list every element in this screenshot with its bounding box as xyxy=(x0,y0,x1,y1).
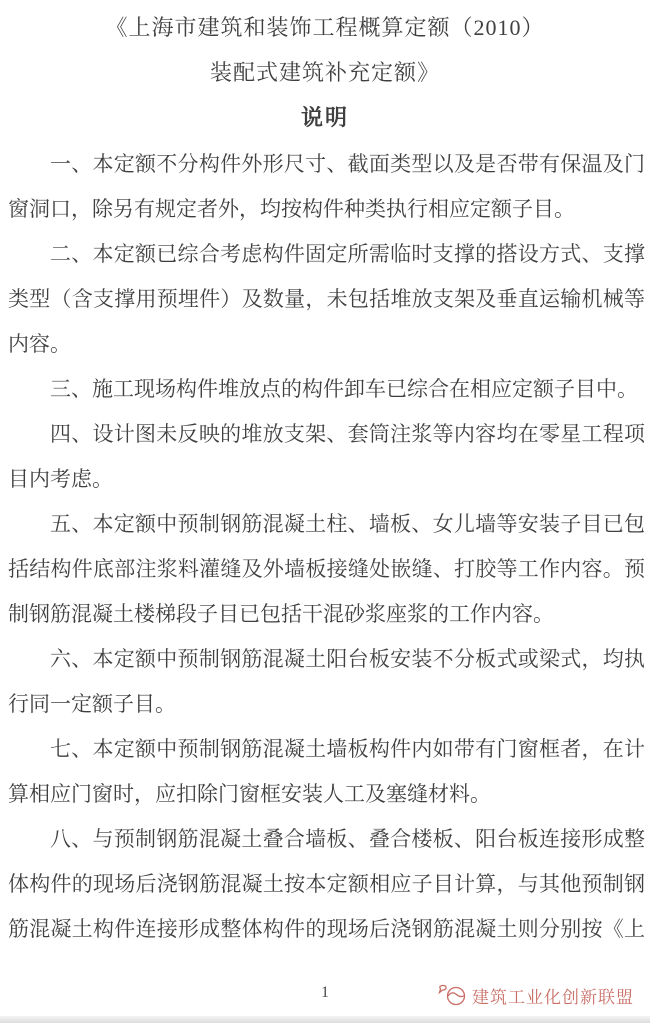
text-line: 四、设计图未反映的堆放支架、套筒注浆等内容均在零星工程项 xyxy=(8,412,645,457)
document-title-line-1: 《上海市建筑和装饰工程概算定额（2010） xyxy=(0,5,650,50)
text-line: 七、本定额中预制钢筋混凝土墙板构件内如带有门窗框者，在计 xyxy=(8,727,645,772)
text-line: 制钢筋混凝土楼梯段子目已包括干混砂浆座浆的工作内容。 xyxy=(8,592,645,637)
watermark-label: 建筑工业化创新联盟 xyxy=(472,983,634,1008)
text-line: 一、本定额不分构件外形尺寸、截面类型以及是否带有保温及门 xyxy=(8,142,645,187)
text-line: 类型（含支撑用预埋件）及数量，未包括堆放支架及垂直运输机械等 xyxy=(8,277,645,322)
text-line: 二、本定额已综合考虑构件固定所需临时支撑的搭设方式、支撑 xyxy=(8,232,645,277)
document-page: 《上海市建筑和装饰工程概算定额（2010） 装配式建筑补充定额》 说明 一、本定… xyxy=(0,0,650,1023)
document-title-line-2: 装配式建筑补充定额》 xyxy=(0,50,650,95)
document-body: 一、本定额不分构件外形尺寸、截面类型以及是否带有保温及门 窗洞口，除另有规定者外… xyxy=(0,142,650,952)
text-line: 六、本定额中预制钢筋混凝土阳台板安装不分板式或梁式，均执 xyxy=(8,637,645,682)
page-edge-shadow xyxy=(0,1016,650,1023)
text-line: 八、与预制钢筋混凝土叠合墙板、叠合楼板、阳台板连接形成整 xyxy=(8,817,645,862)
section-heading: 说明 xyxy=(0,95,650,140)
text-line: 算相应门窗时，应扣除门窗框安装人工及塞缝材料。 xyxy=(8,772,645,817)
text-line: 窗洞口，除另有规定者外，均按构件种类执行相应定额子目。 xyxy=(8,187,645,232)
text-line: 目内考虑。 xyxy=(8,457,645,502)
alliance-logo-icon xyxy=(437,984,467,1006)
text-line: 体构件的现场后浇钢筋混凝土按本定额相应子目计算，与其他预制钢 xyxy=(8,862,645,907)
page-footer: 1 建筑工业化创新联盟 xyxy=(0,978,650,1012)
text-line: 五、本定额中预制钢筋混凝土柱、墙板、女儿墙等安装子目已包 xyxy=(8,502,645,547)
text-line: 行同一定额子目。 xyxy=(8,682,645,727)
text-line: 筋混凝土构件连接形成整体构件的现场后浇钢筋混凝土则分别按《上 xyxy=(8,907,645,952)
text-line: 括结构件底部注浆料灌缝及外墙板接缝处嵌缝、打胶等工作内容。预 xyxy=(8,547,645,592)
document-title: 《上海市建筑和装饰工程概算定额（2010） 装配式建筑补充定额》 说明 xyxy=(0,0,650,140)
text-line: 三、施工现场构件堆放点的构件卸车已综合在相应定额子目中。 xyxy=(8,367,645,412)
watermark: 建筑工业化创新联盟 xyxy=(437,982,634,1008)
text-line: 内容。 xyxy=(8,322,645,367)
